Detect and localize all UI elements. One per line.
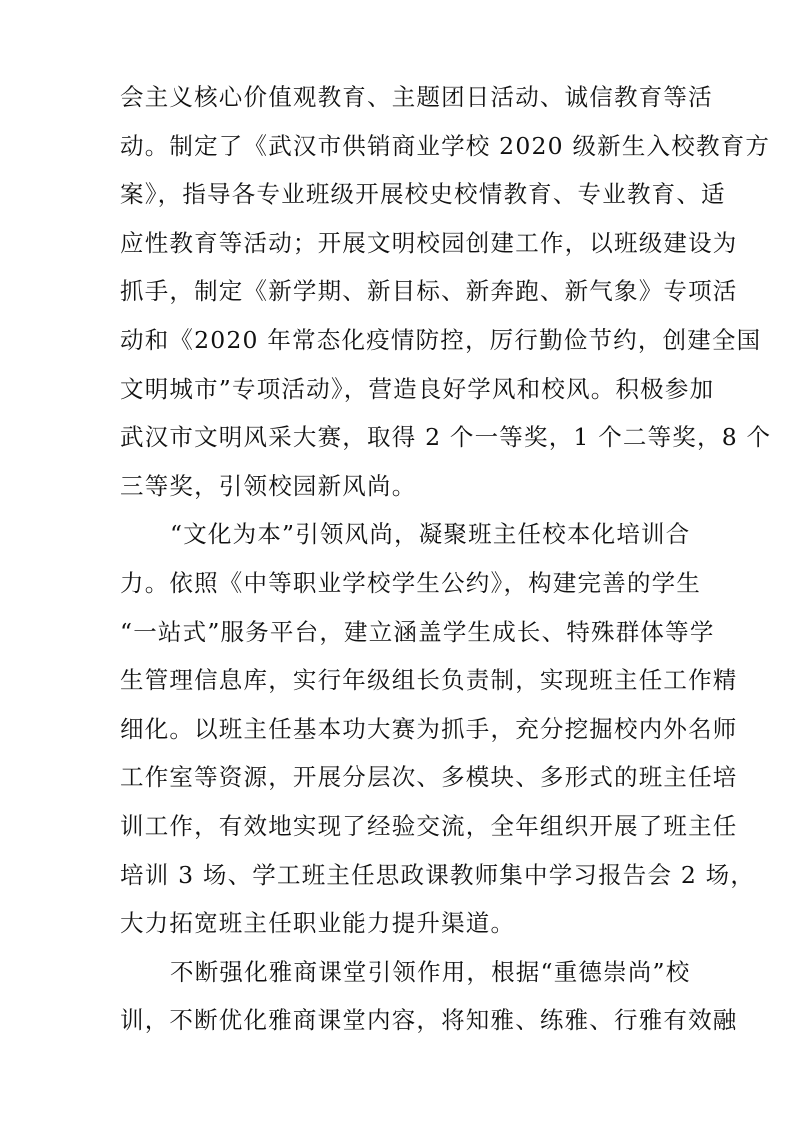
paragraph-start-line: “文化为本”引领风尚，凝聚班主任校本化培训合 <box>120 510 680 559</box>
text-line: 培训 3 场、学工班主任思政课教师集中学习报告会 2 场， <box>120 851 680 900</box>
text-line: 力。依照《中等职业学校学生公约》，构建完善的学生 <box>120 559 680 608</box>
text-line: “一站式”服务平台，建立涵盖学生成长、特殊群体等学 <box>120 608 680 657</box>
paragraph-start-line: 不断强化雅商课堂引领作用，根据“重德崇尚”校 <box>120 948 680 997</box>
text-line: 动。制定了《武汉市供销商业学校 2020 级新生入校教育方 <box>120 122 680 171</box>
document-page: 会主义核心价值观教育、主题团日活动、诚信教育等活 动。制定了《武汉市供销商业学校… <box>0 0 800 1132</box>
text-line: 会主义核心价值观教育、主题团日活动、诚信教育等活 <box>120 73 680 122</box>
text-line: 工作室等资源，开展分层次、多模块、多形式的班主任培 <box>120 753 680 802</box>
text-line: 训，不断优化雅商课堂内容，将知雅、练雅、行雅有效融 <box>120 996 680 1045</box>
document-body: 会主义核心价值观教育、主题团日活动、诚信教育等活 动。制定了《武汉市供销商业学校… <box>120 73 680 1045</box>
text-line: 大力拓宽班主任职业能力提升渠道。 <box>120 899 680 948</box>
text-line: 武汉市文明风采大赛，取得 2 个一等奖，1 个二等奖，8 个 <box>120 413 680 462</box>
text-line: 抓手，制定《新学期、新目标、新奔跑、新气象》专项活 <box>120 267 680 316</box>
text-line: 三等奖，引领校园新风尚。 <box>120 462 680 511</box>
text-line: 生管理信息库，实行年级组长负责制，实现班主任工作精 <box>120 656 680 705</box>
text-line: 案》，指导各专业班级开展校史校情教育、专业教育、适 <box>120 170 680 219</box>
text-line: 文明城市”专项活动》，营造良好学风和校风。积极参加 <box>120 365 680 414</box>
text-line: 细化。以班主任基本功大赛为抓手，充分挖掘校内外名师 <box>120 705 680 754</box>
text-line: 应性教育等活动；开展文明校园创建工作，以班级建设为 <box>120 219 680 268</box>
text-line: 动和《2020 年常态化疫情防控，厉行勤俭节约，创建全国 <box>120 316 680 365</box>
text-line: 训工作，有效地实现了经验交流，全年组织开展了班主任 <box>120 802 680 851</box>
